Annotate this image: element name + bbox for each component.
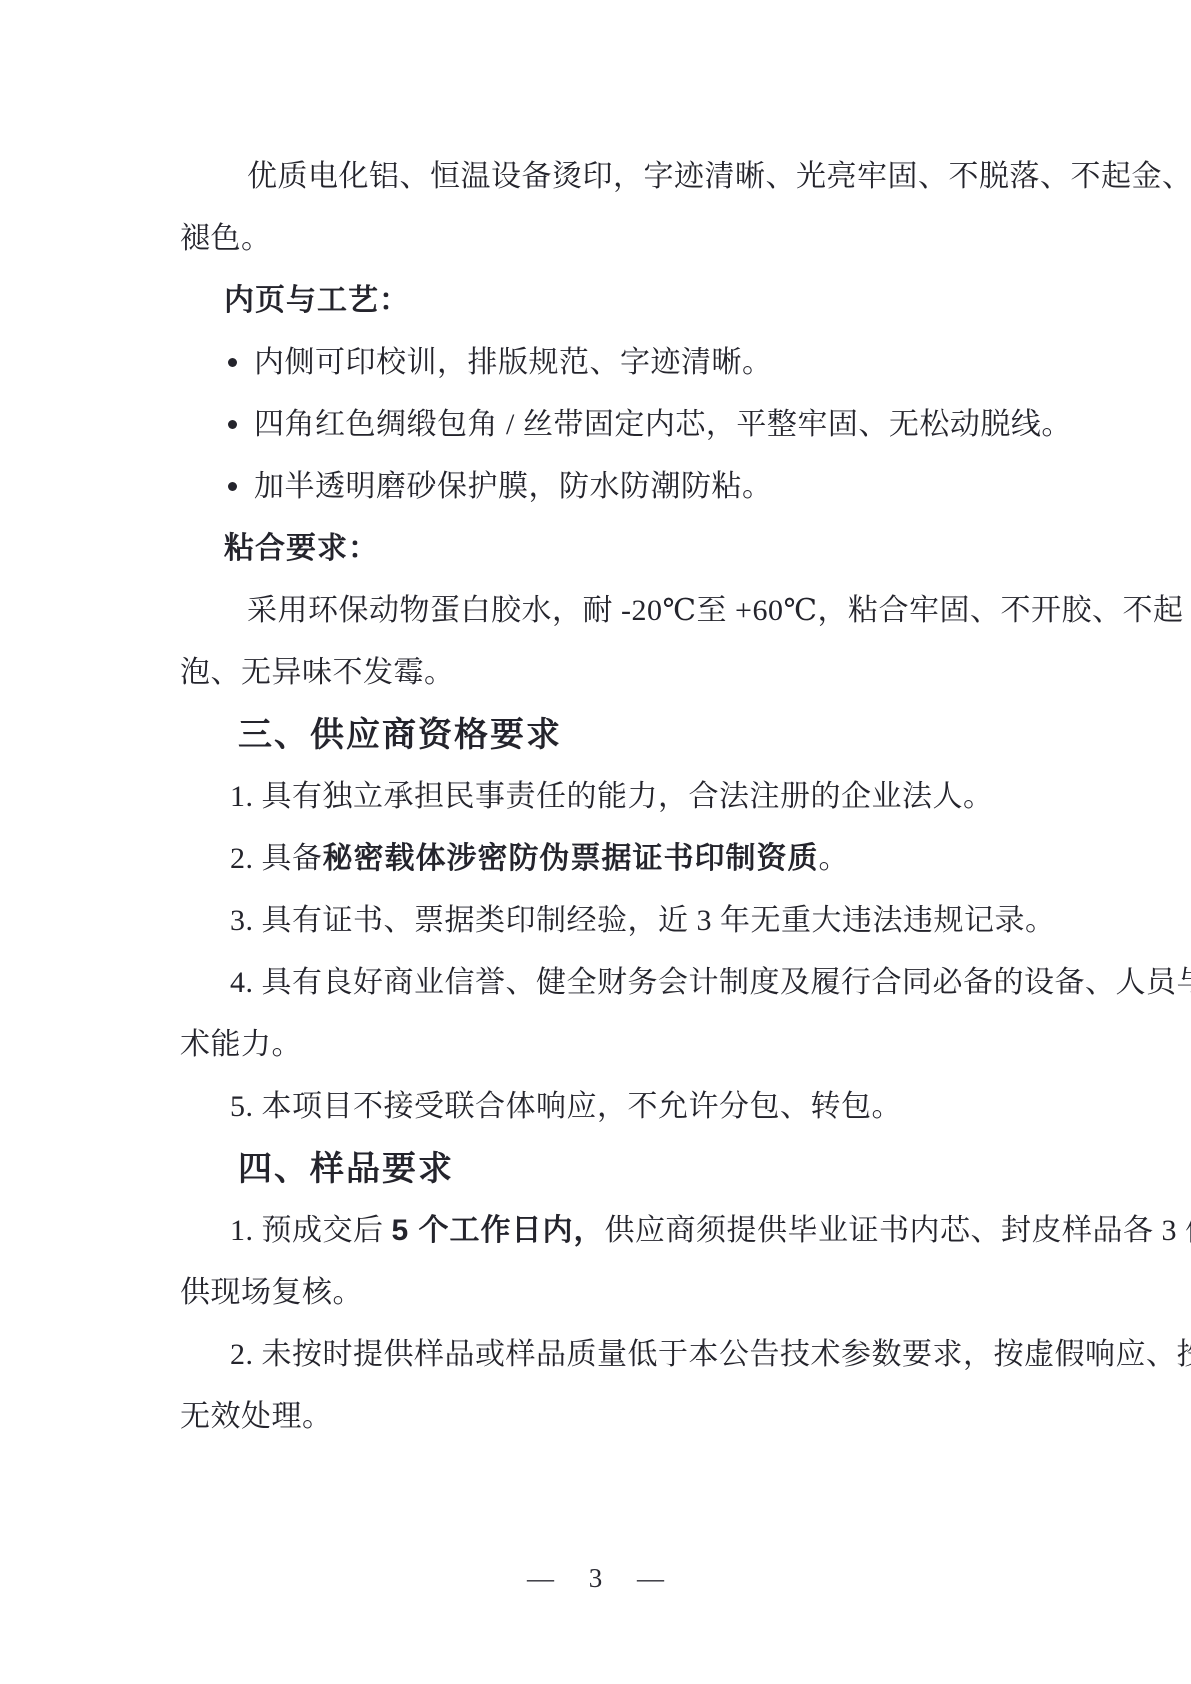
text-segment: 四角红色绸缎包角 / 丝带固定内芯，平整牢固、无松动脱线。 (254, 408, 1072, 441)
text-segment: 无效处理。 (180, 1400, 333, 1433)
text-line: 1. 预成交后 5 个工作日内，供应商须提供毕业证书内芯、封皮样品各 3 份 (180, 1200, 1038, 1262)
numbered-item: 1. 具有独立承担民事责任的能力，合法注册的企业法人。 (180, 766, 1038, 828)
text-line: 加半透明磨砂保护膜，防水防潮防粘。 (180, 456, 1038, 518)
text-segment: 泡、无异味不发霉。 (180, 656, 455, 689)
text-line: 粘合要求： (180, 518, 1038, 580)
text-segment: 2. 具备 (230, 842, 323, 875)
bullet-icon (228, 482, 237, 491)
paragraph: 优质电化铝、恒温设备烫印，字迹清晰、光亮牢固、不脱落、不起金、不褪色。 (180, 146, 1038, 270)
text-line: 四、样品要求 (180, 1138, 1038, 1200)
footer-dash-left: — (527, 1563, 554, 1593)
text-segment: 4. 具有良好商业信誉、健全财务会计制度及履行合同必备的设备、人员与技 (230, 966, 1191, 999)
text-segment: 采用环保动物蛋白胶水，耐 -20℃至 +60℃，粘合牢固、不开胶、不起 (247, 594, 1184, 627)
text-segment: 1. 预成交后 (230, 1214, 392, 1247)
text-segment: 1. 具有独立承担民事责任的能力，合法注册的企业法人。 (230, 780, 994, 813)
text-segment: 秘密载体涉密防伪票据证书印制资质 (323, 842, 819, 875)
text-segment: 褪色。 (180, 222, 272, 255)
numbered-item: 3. 具有证书、票据类印制经验，近 3 年无重大违法违规记录。 (180, 890, 1038, 952)
text-line: 四角红色绸缎包角 / 丝带固定内芯，平整牢固、无松动脱线。 (180, 394, 1038, 456)
subheading: 内页与工艺： (180, 270, 1038, 332)
bullet-icon (228, 420, 237, 429)
text-segment: 供现场复核。 (180, 1276, 363, 1309)
text-segment: 内页与工艺： (224, 284, 410, 317)
text-line: 2. 未按时提供样品或样品质量低于本公告技术参数要求，按虚假响应、投标 (180, 1324, 1038, 1386)
text-line: 内侧可印校训，排版规范、字迹清晰。 (180, 332, 1038, 394)
text-segment: 术能力。 (180, 1028, 302, 1061)
text-line: 采用环保动物蛋白胶水，耐 -20℃至 +60℃，粘合牢固、不开胶、不起 (180, 580, 1038, 642)
bullet-icon (228, 358, 237, 367)
text-segment: 加半透明磨砂保护膜，防水防潮防粘。 (254, 470, 773, 503)
text-line: 泡、无异味不发霉。 (180, 642, 1038, 704)
text-segment: 5. 本项目不接受联合体响应，不允许分包、转包。 (230, 1090, 902, 1123)
subheading: 粘合要求： (180, 518, 1038, 580)
text-line: 术能力。 (180, 1014, 1038, 1076)
text-segment: 内侧可印校训，排版规范、字迹清晰。 (254, 346, 773, 379)
text-line: 优质电化铝、恒温设备烫印，字迹清晰、光亮牢固、不脱落、不起金、不 (180, 146, 1038, 208)
numbered-item: 5. 本项目不接受联合体响应，不允许分包、转包。 (180, 1076, 1038, 1138)
footer-dash-right: — (637, 1563, 664, 1593)
text-line: 2. 具备秘密载体涉密防伪票据证书印制资质。 (180, 828, 1038, 890)
text-line: 3. 具有证书、票据类印制经验，近 3 年无重大违法违规记录。 (180, 890, 1038, 952)
bullet-item: 加半透明磨砂保护膜，防水防潮防粘。 (180, 456, 1038, 518)
text-segment: 2. 未按时提供样品或样品质量低于本公告技术参数要求，按虚假响应、投标 (230, 1338, 1191, 1371)
text-segment: 供应商须提供毕业证书内芯、封皮样品各 3 份 (605, 1214, 1191, 1247)
bullet-item: 内侧可印校训，排版规范、字迹清晰。 (180, 332, 1038, 394)
text-segment: 。 (819, 842, 850, 875)
text-segment: 粘合要求： (224, 532, 379, 565)
numbered-item: 2. 具备秘密载体涉密防伪票据证书印制资质。 (180, 828, 1038, 890)
text-segment: 3. 具有证书、票据类印制经验，近 3 年无重大违法违规记录。 (230, 904, 1056, 937)
text-segment: 三、供应商资格要求 (238, 716, 562, 754)
page-number: 3 (589, 1563, 603, 1593)
section-heading: 四、样品要求 (180, 1138, 1038, 1200)
text-line: 1. 具有独立承担民事责任的能力，合法注册的企业法人。 (180, 766, 1038, 828)
page-footer: — 3 — (0, 1552, 1191, 1604)
text-line: 5. 本项目不接受联合体响应，不允许分包、转包。 (180, 1076, 1038, 1138)
text-line: 供现场复核。 (180, 1262, 1038, 1324)
document-content: 优质电化铝、恒温设备烫印，字迹清晰、光亮牢固、不脱落、不起金、不褪色。内页与工艺… (180, 146, 1038, 1448)
text-line: 三、供应商资格要求 (180, 704, 1038, 766)
text-line: 内页与工艺： (180, 270, 1038, 332)
numbered-item: 4. 具有良好商业信誉、健全财务会计制度及履行合同必备的设备、人员与技术能力。 (180, 952, 1038, 1076)
text-segment: 5 个工作日内， (392, 1214, 605, 1247)
numbered-item: 1. 预成交后 5 个工作日内，供应商须提供毕业证书内芯、封皮样品各 3 份供现… (180, 1200, 1038, 1324)
bullet-item: 四角红色绸缎包角 / 丝带固定内芯，平整牢固、无松动脱线。 (180, 394, 1038, 456)
document-page: 优质电化铝、恒温设备烫印，字迹清晰、光亮牢固、不脱落、不起金、不褪色。内页与工艺… (0, 0, 1191, 1684)
text-segment: 优质电化铝、恒温设备烫印，字迹清晰、光亮牢固、不脱落、不起金、不 (247, 160, 1191, 193)
text-line: 褪色。 (180, 208, 1038, 270)
numbered-item: 2. 未按时提供样品或样品质量低于本公告技术参数要求，按虚假响应、投标无效处理。 (180, 1324, 1038, 1448)
text-line: 无效处理。 (180, 1386, 1038, 1448)
paragraph: 采用环保动物蛋白胶水，耐 -20℃至 +60℃，粘合牢固、不开胶、不起泡、无异味… (180, 580, 1038, 704)
section-heading: 三、供应商资格要求 (180, 704, 1038, 766)
text-segment: 四、样品要求 (238, 1150, 454, 1188)
text-line: 4. 具有良好商业信誉、健全财务会计制度及履行合同必备的设备、人员与技 (180, 952, 1038, 1014)
